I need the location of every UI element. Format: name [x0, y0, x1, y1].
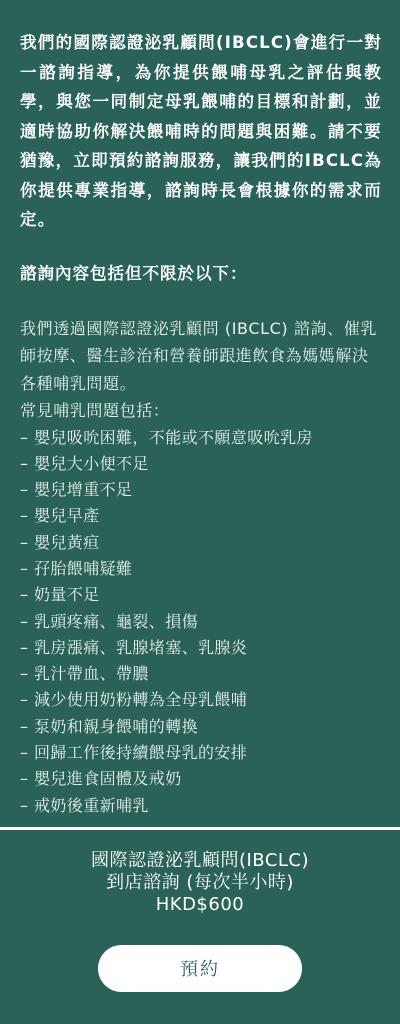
section-divider	[0, 827, 400, 830]
list-item: –嬰兒大小便不足	[20, 451, 382, 477]
dash-bullet-icon: –	[20, 661, 34, 687]
dash-bullet-icon: –	[20, 766, 34, 792]
list-item: –嬰兒增重不足	[20, 477, 382, 503]
list-item: –乳頭疼痛、龜裂、損傷	[20, 609, 382, 635]
dash-bullet-icon: –	[20, 451, 34, 477]
offer-subtitle: 到店諮詢 (每次半小時)	[0, 872, 400, 894]
list-item: –戒奶後重新哺乳	[20, 793, 382, 819]
list-item: –孖胎餵哺疑難	[20, 556, 382, 582]
dash-bullet-icon: –	[20, 609, 34, 635]
dash-bullet-icon: –	[20, 740, 34, 766]
list-item: –泵奶和親身餵哺的轉換	[20, 714, 382, 740]
dash-bullet-icon: –	[20, 687, 34, 713]
service-description: 我們的國際認證泌乳顧問(IBCLC)會進行一對一諮詢指導，為你提供餵哺母乳之評估…	[20, 28, 382, 819]
offer-section: 國際認證泌乳顧問(IBCLC) 到店諮詢 (每次半小時) HKD$600	[0, 850, 400, 916]
list-item: –嬰兒吸吮困難，不能或不願意吸吮乳房	[20, 425, 382, 451]
list-item: –回歸工作後持續餵母乳的安排	[20, 740, 382, 766]
dash-bullet-icon: –	[20, 425, 34, 451]
dash-bullet-icon: –	[20, 530, 34, 556]
list-item: –嬰兒進食固體及戒奶	[20, 766, 382, 792]
dash-bullet-icon: –	[20, 503, 34, 529]
book-button[interactable]: 預約	[98, 945, 302, 992]
dash-bullet-icon: –	[20, 477, 34, 503]
consult-heading: 諮詢內容包括但不限於以下：	[20, 259, 382, 288]
issues-list: –嬰兒吸吮困難，不能或不願意吸吮乳房 –嬰兒大小便不足 –嬰兒增重不足 –嬰兒早…	[20, 425, 382, 819]
consult-description: 我們透過國際認證泌乳顧問 (IBCLC) 諮詢、催乳師按摩、醫生診治和營養師跟進…	[20, 315, 382, 398]
dash-bullet-icon: –	[20, 635, 34, 661]
list-item: –嬰兒黃疸	[20, 530, 382, 556]
consult-details: 我們透過國際認證泌乳顧問 (IBCLC) 諮詢、催乳師按摩、醫生診治和營養師跟進…	[20, 315, 382, 819]
list-item: –乳房漲痛、乳腺堵塞、乳腺炎	[20, 635, 382, 661]
list-item: –奶量不足	[20, 582, 382, 608]
dash-bullet-icon: –	[20, 714, 34, 740]
list-item: –乳汁帶血、帶膿	[20, 661, 382, 687]
list-item: –減少使用奶粉轉為全母乳餵哺	[20, 687, 382, 713]
dash-bullet-icon: –	[20, 793, 34, 819]
issues-heading: 常見哺乳問題包括：	[20, 397, 382, 425]
dash-bullet-icon: –	[20, 556, 34, 582]
list-item: –嬰兒早產	[20, 503, 382, 529]
intro-paragraph: 我們的國際認證泌乳顧問(IBCLC)會進行一對一諮詢指導，為你提供餵哺母乳之評估…	[20, 28, 382, 235]
offer-title: 國際認證泌乳顧問(IBCLC)	[0, 850, 400, 872]
offer-price: HKD$600	[0, 894, 400, 916]
dash-bullet-icon: –	[20, 582, 34, 608]
